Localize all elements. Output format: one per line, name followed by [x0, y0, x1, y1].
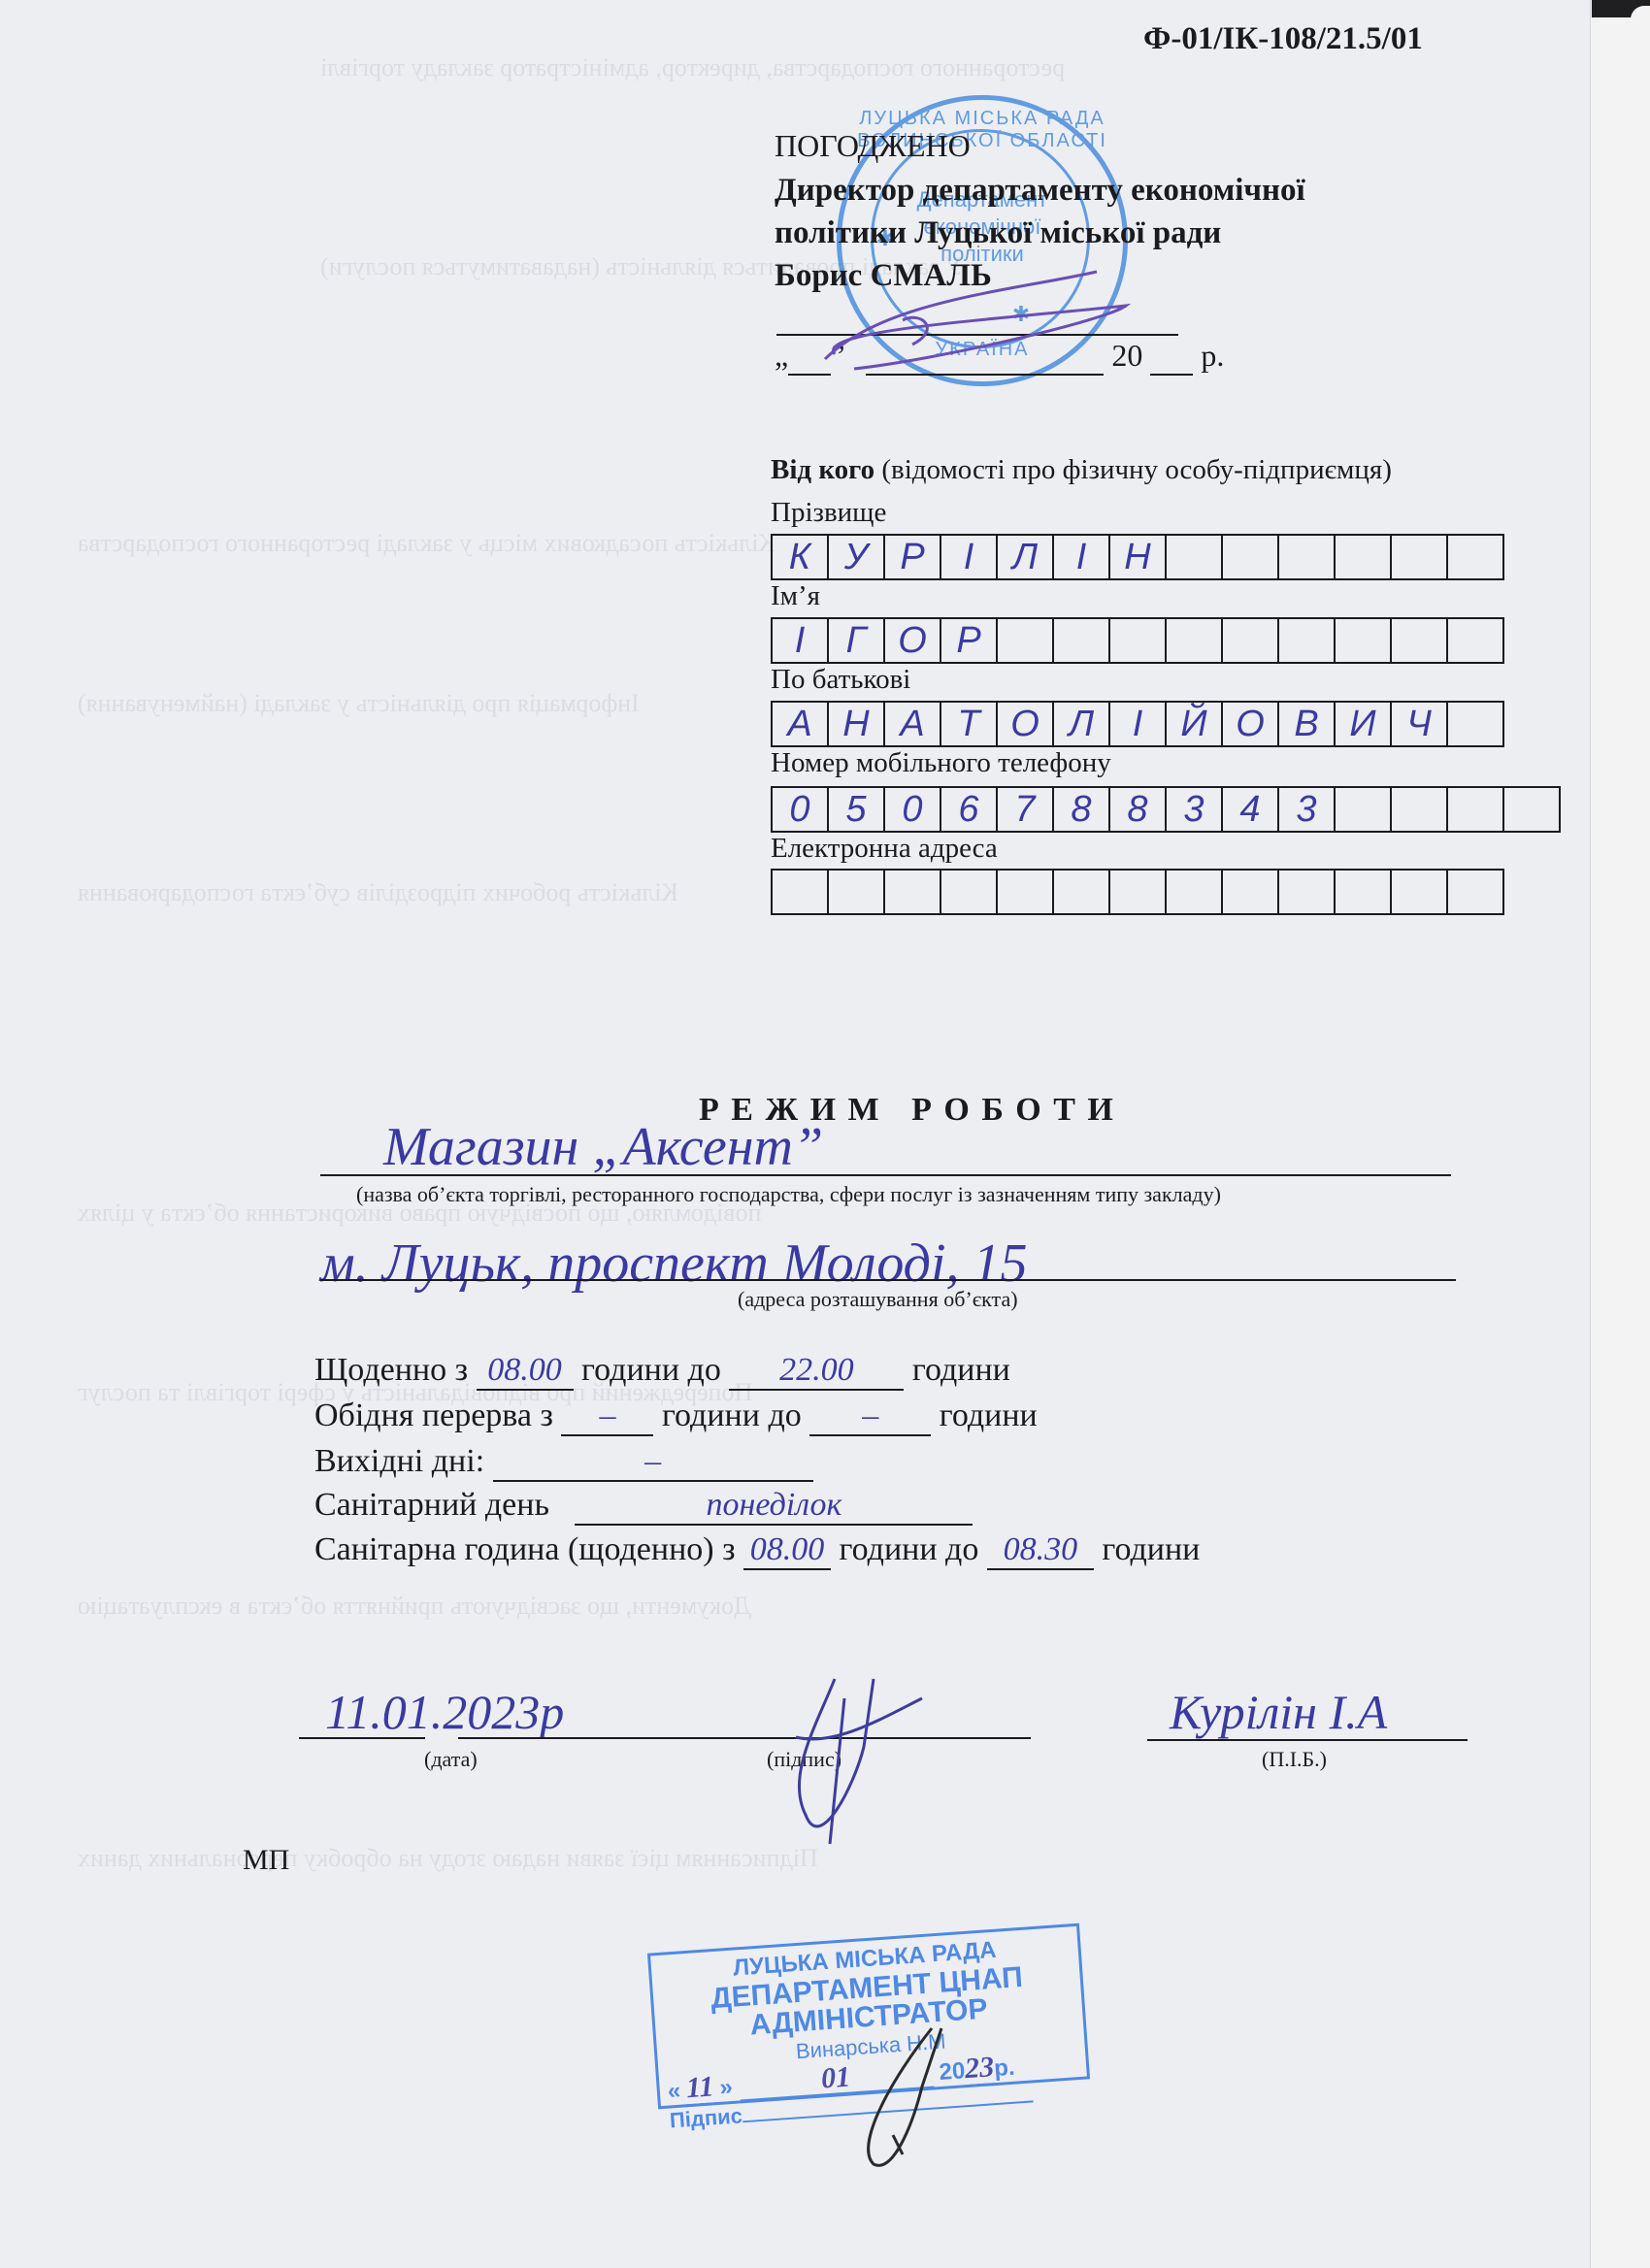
signature-line[interactable]: [458, 1737, 1031, 1739]
applicant-signature: [776, 1669, 941, 1863]
surname-label: Прізвище: [771, 497, 886, 529]
bleed-through-text: Підписанням цієї заяви надаю згоду на об…: [78, 1844, 818, 1873]
bleed-through-text: Інформація про діяльність у закладі (най…: [78, 689, 640, 718]
sanitary-day-field[interactable]: понеділок: [575, 1487, 973, 1526]
grid-cell[interactable]: [1279, 871, 1336, 913]
approval-signature: [796, 262, 1145, 378]
document-page: ресторанного господарства, директор, адм…: [0, 0, 1590, 2268]
date-line[interactable]: [299, 1737, 425, 1739]
grid-cell[interactable]: О: [885, 619, 941, 662]
grid-cell[interactable]: 6: [941, 788, 998, 831]
email-field[interactable]: [771, 869, 1504, 915]
grid-cell[interactable]: 8: [1054, 788, 1110, 831]
daily-to-field[interactable]: 22.00: [729, 1352, 904, 1391]
bleed-through-text: ресторанного господарства, директор, адм…: [320, 53, 1065, 82]
grid-cell[interactable]: [885, 871, 941, 913]
grid-cell[interactable]: [1279, 619, 1336, 662]
grid-cell[interactable]: [1167, 619, 1223, 662]
grid-cell[interactable]: [1336, 788, 1392, 831]
grid-cell[interactable]: А: [773, 703, 829, 745]
grid-cell[interactable]: І: [1110, 703, 1167, 745]
grid-cell[interactable]: [1054, 619, 1110, 662]
applicant-section-title: Від кого (відомості про фізичну особу-пі…: [771, 454, 1392, 486]
date-caption: (дата): [424, 1747, 478, 1772]
grid-cell[interactable]: А: [885, 703, 941, 745]
grid-cell[interactable]: [1054, 871, 1110, 913]
grid-cell[interactable]: И: [1336, 703, 1392, 745]
form-number: Ф-01/ІК-108/21.5/01: [1143, 21, 1423, 57]
grid-cell[interactable]: [1167, 536, 1223, 578]
grid-cell[interactable]: [1392, 871, 1448, 913]
grid-cell[interactable]: [1110, 871, 1167, 913]
grid-cell[interactable]: [1167, 871, 1223, 913]
sanitary-hour-to-field[interactable]: 08.30: [987, 1531, 1094, 1570]
grid-cell[interactable]: [1223, 536, 1279, 578]
lunch-to-field[interactable]: –: [809, 1397, 931, 1436]
grid-cell[interactable]: [1223, 871, 1279, 913]
administrator-signature: [854, 2028, 990, 2174]
approval-year-blank[interactable]: [1150, 338, 1193, 376]
approval-position-line2: політики Луцької міської ради: [775, 215, 1221, 251]
grid-cell[interactable]: [1448, 788, 1504, 831]
address-caption: (адреса розташування об’єкта): [738, 1287, 1018, 1312]
date-value: 11.01.2023р: [325, 1684, 564, 1740]
grid-cell[interactable]: 0: [885, 788, 941, 831]
object-name-value: Магазин „Аксент”: [383, 1116, 823, 1178]
sanitary-hour-from-field[interactable]: 08.00: [743, 1531, 831, 1570]
daily-from-field[interactable]: 08.00: [477, 1352, 574, 1391]
grid-cell[interactable]: [1279, 536, 1336, 578]
grid-cell[interactable]: [941, 871, 998, 913]
phone-field[interactable]: 0506788343: [771, 786, 1561, 833]
bleed-through-text: Кількість посадкових місць у закладі рес…: [78, 529, 775, 558]
name-value: Курілін І.А: [1170, 1684, 1387, 1740]
grid-cell[interactable]: 4: [1223, 788, 1279, 831]
approval-position-line1: Директор департаменту економічної: [775, 173, 1305, 209]
grid-cell[interactable]: Н: [829, 703, 885, 745]
grid-cell[interactable]: Р: [885, 536, 941, 578]
grid-cell[interactable]: В: [1279, 703, 1336, 745]
grid-cell[interactable]: 5: [829, 788, 885, 831]
grid-cell[interactable]: [829, 871, 885, 913]
bleed-through-text: Кількість робочих підрозділів суб’єкта г…: [78, 878, 678, 907]
grid-cell[interactable]: 3: [1167, 788, 1223, 831]
grid-cell[interactable]: 7: [998, 788, 1054, 831]
grid-cell[interactable]: [1504, 788, 1559, 831]
grid-cell[interactable]: О: [1223, 703, 1279, 745]
grid-cell[interactable]: [998, 619, 1054, 662]
grid-cell[interactable]: Н: [1110, 536, 1167, 578]
grid-cell[interactable]: Ч: [1392, 703, 1448, 745]
scan-corner: [1592, 0, 1650, 17]
name-caption: (П.І.Б.): [1262, 1747, 1327, 1772]
grid-cell[interactable]: [1336, 871, 1392, 913]
sanitary-hour-row: Санітарна година (щоденно) з 08.00 годин…: [314, 1531, 1200, 1570]
grid-cell[interactable]: Л: [998, 536, 1054, 578]
scan-edge: [1590, 0, 1650, 2268]
grid-cell[interactable]: Й: [1167, 703, 1223, 745]
phone-label: Номер мобільного телефону: [771, 747, 1111, 779]
grid-cell[interactable]: 8: [1110, 788, 1167, 831]
patronymic-label: По батькові: [771, 664, 910, 696]
grid-cell[interactable]: [1448, 871, 1502, 913]
grid-cell[interactable]: [1448, 619, 1502, 662]
grid-cell[interactable]: [1223, 619, 1279, 662]
seal-label: МП: [243, 1844, 289, 1877]
grid-cell[interactable]: 3: [1279, 788, 1336, 831]
patronymic-field[interactable]: АНАТОЛІЙОВИЧ: [771, 701, 1504, 747]
grid-cell[interactable]: О: [998, 703, 1054, 745]
grid-cell[interactable]: [1392, 536, 1448, 578]
grid-cell[interactable]: [1448, 536, 1502, 578]
grid-cell[interactable]: [1110, 619, 1167, 662]
grid-cell[interactable]: [1392, 619, 1448, 662]
grid-cell[interactable]: К: [773, 536, 829, 578]
bleed-through-text: Документи, що засвідчують прийняття об’є…: [78, 1592, 751, 1621]
grid-cell[interactable]: [998, 871, 1054, 913]
grid-cell[interactable]: Л: [1054, 703, 1110, 745]
lunch-break-row: Обідня перерва з – години до – години: [314, 1397, 1038, 1436]
grid-cell[interactable]: Р: [941, 619, 998, 662]
grid-cell[interactable]: І: [941, 536, 998, 578]
grid-cell[interactable]: Г: [829, 619, 885, 662]
grid-cell[interactable]: І: [773, 619, 829, 662]
address-line[interactable]: [320, 1279, 1456, 1281]
first-name-field[interactable]: ІГОР: [771, 617, 1504, 664]
grid-cell[interactable]: [1336, 619, 1392, 662]
grid-cell[interactable]: [1392, 788, 1448, 831]
daily-hours-row: Щоденно з 08.00 години до 22.00 години: [314, 1352, 1010, 1391]
object-name-line[interactable]: [320, 1174, 1451, 1176]
days-off-row: Вихідні дні: –: [314, 1443, 813, 1482]
address-value: м. Луцьк, проспект Молоді, 15: [320, 1233, 1028, 1295]
days-off-field[interactable]: –: [493, 1443, 813, 1482]
surname-field[interactable]: КУРІЛІН: [771, 534, 1504, 580]
grid-cell[interactable]: [1448, 703, 1502, 745]
sanitary-day-row: Санітарний день понеділок: [314, 1487, 973, 1526]
grid-cell[interactable]: Т: [941, 703, 998, 745]
grid-cell[interactable]: 0: [773, 788, 829, 831]
grid-cell[interactable]: [1336, 536, 1392, 578]
grid-cell[interactable]: [773, 871, 829, 913]
approval-heading: ПОГОДЖЕНО: [775, 128, 971, 164]
object-name-caption: (назва об’єкта торгівлі, ресторанного го…: [356, 1182, 1221, 1207]
email-label: Електронна адреса: [771, 833, 998, 865]
first-name-label: Ім’я: [771, 580, 820, 612]
grid-cell[interactable]: І: [1054, 536, 1110, 578]
grid-cell[interactable]: У: [829, 536, 885, 578]
lunch-from-field[interactable]: –: [561, 1397, 653, 1436]
name-line[interactable]: [1147, 1739, 1468, 1741]
